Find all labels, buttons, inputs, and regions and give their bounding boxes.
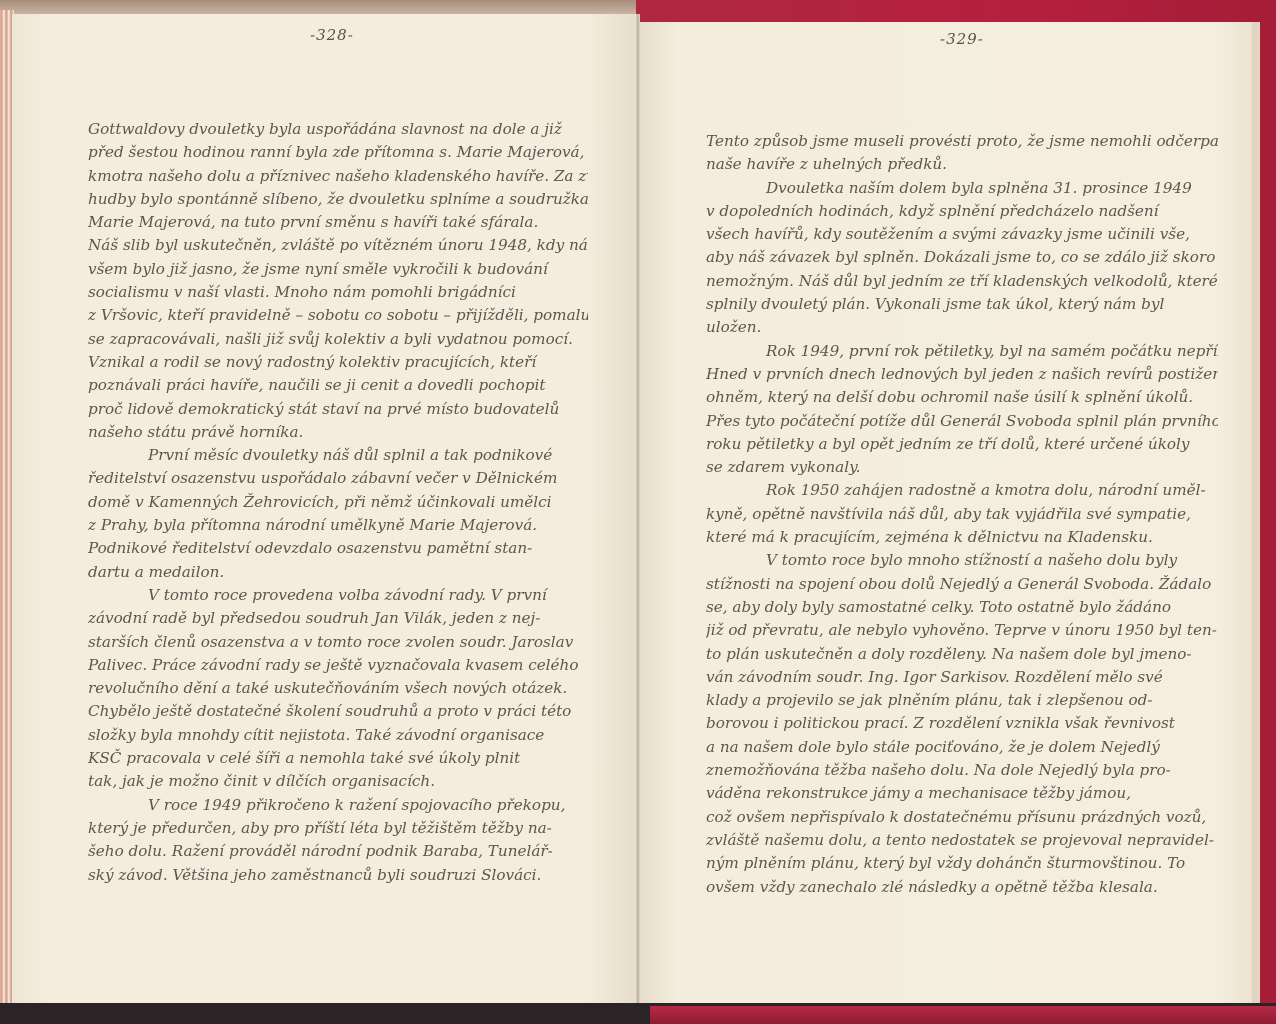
handwritten-line: Hned v prvních dnech lednových byl jeden… <box>706 363 1218 386</box>
handwritten-line: Přes tyto počáteční potíže důl Generál S… <box>706 410 1218 433</box>
handwritten-line: Marie Majerová, na tuto první směnu s ha… <box>88 211 588 234</box>
handwritten-line: ovšem vždy zanechalo zlé následky a opět… <box>706 876 1218 899</box>
page-stack-edge-right <box>1252 22 1260 1004</box>
handwritten-line: ván závodním soudr. Ing. Igor Sarkisov. … <box>706 666 1218 689</box>
handwritten-line: našeho státu právě horníka. <box>88 421 588 444</box>
handwritten-line: Tento způsob jsme museli provésti proto,… <box>706 130 1218 153</box>
handwritten-line: šeho dolu. Ražení prováděl národní podni… <box>88 840 588 863</box>
handwritten-line: V tomto roce provedena volba závodní rad… <box>88 584 588 607</box>
handwritten-line: kyně, opětně navštívila náš důl, aby tak… <box>706 503 1218 526</box>
handwritten-line: KSČ pracovala v celé šíři a nemohla také… <box>88 747 588 770</box>
handwritten-line: který je předurčen, aby pro příští léta … <box>88 817 588 840</box>
handwritten-line: poznávali práci havíře, naučili se ji ce… <box>88 374 588 397</box>
handwritten-line: Rok 1950 zahájen radostně a kmotra dolu,… <box>706 479 1218 502</box>
handwritten-line: složky byla mnohdy cítit nejistota. Také… <box>88 724 588 747</box>
handwritten-line: V roce 1949 přikročeno k ražení spojovac… <box>88 794 588 817</box>
handwritten-line: v dopoledních hodinách, když splnění pře… <box>706 200 1218 223</box>
handwritten-line: uložen. <box>706 316 1218 339</box>
handwritten-line: naše havíře z uhelných předků. <box>706 153 1218 176</box>
handwritten-line: Rok 1949, první rok pětiletky, byl na sa… <box>706 340 1218 363</box>
handwritten-line: Gottwaldovy dvouletky byla uspořádána sl… <box>88 118 588 141</box>
handwritten-line: všem bylo již jasno, že jsme nyní směle … <box>88 258 588 281</box>
handwritten-line: kmotra našeho dolu a příznivec našeho kl… <box>88 165 588 188</box>
handwritten-line: z Prahy, byla přítomna národní umělkyně … <box>88 514 588 537</box>
handwritten-line: ohněm, který na delší dobu ochromil naše… <box>706 386 1218 409</box>
handwritten-line: to plán uskutečněn a doly rozděleny. Na … <box>706 643 1218 666</box>
handwritten-line: všech havířů, kdy soutěžením a svými záv… <box>706 223 1218 246</box>
left-page-text: Gottwaldovy dvouletky byla uspořádána sl… <box>88 118 588 887</box>
handwritten-line: První měsíc dvouletky náš důl splnil a t… <box>88 444 588 467</box>
handwritten-line: tak, jak je možno činit v dílčích organi… <box>88 770 588 793</box>
book-gutter <box>636 14 640 1004</box>
book-cover-bottom-edge <box>650 1006 1276 1024</box>
handwritten-line: které má k pracujícím, zejména k dělnict… <box>706 526 1218 549</box>
handwritten-line: ným plněním plánu, který byl vždy dohánč… <box>706 852 1218 875</box>
right-page-number: -329- <box>940 30 984 48</box>
handwritten-line: ředitelství osazenstvu uspořádalo zábavn… <box>88 467 588 490</box>
handwritten-line: již od převratu, ale nebylo vyhověno. Te… <box>706 619 1218 642</box>
handwritten-line: Palivec. Práce závodní rady se ještě vyz… <box>88 654 588 677</box>
handwritten-line: z Vršovic, kteří pravidelně – sobotu co … <box>88 304 588 327</box>
handwritten-line: stížnosti na spojení obou dolů Nejedlý a… <box>706 573 1218 596</box>
handwritten-line: proč lidově demokratický stát staví na p… <box>88 398 588 421</box>
handwritten-line: závodní radě byl předsedou soudruh Jan V… <box>88 607 588 630</box>
handwritten-line: aby náš závazek byl splněn. Dokázali jsm… <box>706 246 1218 269</box>
handwritten-line: hudby bylo spontánně slíbeno, že dvoulet… <box>88 188 588 211</box>
handwritten-line: klady a projevilo se jak plněním plánu, … <box>706 689 1218 712</box>
handwritten-line: dartu a medailon. <box>88 561 588 584</box>
handwritten-line: borovou i politickou prací. Z rozdělení … <box>706 712 1218 735</box>
handwritten-line: váděna rekonstrukce jámy a mechanisace t… <box>706 782 1218 805</box>
book-cover-top-edge <box>0 0 640 14</box>
handwritten-line: se zapracovávali, našli již svůj kolekti… <box>88 328 588 351</box>
handwritten-line: zvláště našemu dolu, a tento nedostatek … <box>706 829 1218 852</box>
handwritten-line: Podnikové ředitelství odevzdalo osazenst… <box>88 537 588 560</box>
handwritten-line: Chybělo ještě dostatečné školení soudruh… <box>88 700 588 723</box>
handwritten-line: nemožným. Náš důl byl jedním ze tří klad… <box>706 270 1218 293</box>
left-page-number: -328- <box>310 26 354 44</box>
handwritten-line: což ovšem nepřispívalo k dostatečnému př… <box>706 806 1218 829</box>
handwritten-line: před šestou hodinou ranní byla zde příto… <box>88 141 588 164</box>
handwritten-line: socialismu v naší vlasti. Mnoho nám pomo… <box>88 281 588 304</box>
handwritten-line: se zdarem vykonaly. <box>706 456 1218 479</box>
handwritten-line: Náš slib byl uskutečněn, zvláště po vítě… <box>88 234 588 257</box>
handwritten-line: znemožňována těžba našeho dolu. Na dole … <box>706 759 1218 782</box>
handwritten-line: Dvouletka naším dolem byla splněna 31. p… <box>706 177 1218 200</box>
handwritten-line: domě v Kamenných Žehrovicích, při němž ú… <box>88 491 588 514</box>
handwritten-line: se, aby doly byly samostatné celky. Toto… <box>706 596 1218 619</box>
handwritten-line: ský závod. Většina jeho zaměstnanců byli… <box>88 864 588 887</box>
handwritten-line: splnily dvouletý plán. Vykonali jsme tak… <box>706 293 1218 316</box>
handwritten-line: starších členů osazenstva a v tomto roce… <box>88 631 588 654</box>
right-page-text: Tento způsob jsme museli provésti proto,… <box>706 130 1218 899</box>
handwritten-line: Vznikal a rodil se nový radostný kolekti… <box>88 351 588 374</box>
handwritten-line: a na našem dole bylo stále pociťováno, ž… <box>706 736 1218 759</box>
handwritten-line: revolučního dění a také uskutečňováním v… <box>88 677 588 700</box>
handwritten-line: roku pětiletky a byl opět jedním ze tří … <box>706 433 1218 456</box>
handwritten-line: V tomto roce bylo mnoho stížností a naše… <box>706 549 1218 572</box>
